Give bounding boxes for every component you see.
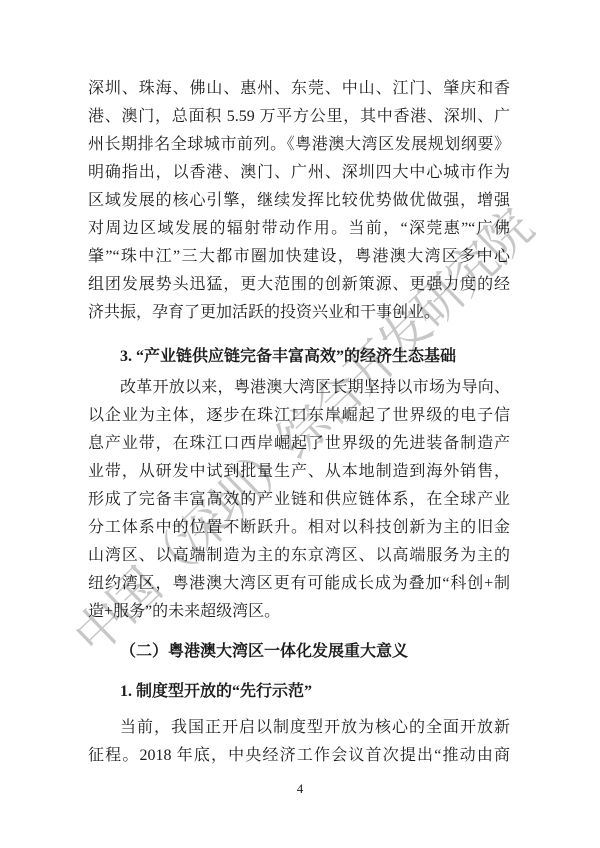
text-line: 州长期排名全球城市前列。《粤港澳大湾区发展规划纲要》	[88, 131, 510, 159]
text-line: 形成了完备丰富高效的产业链和供应链体系，在全球产业	[88, 486, 510, 514]
document-page: 中国（深圳）综合开发研究院 深圳、珠海、佛山、惠州、东莞、中山、江门、肇庆和香港…	[0, 0, 600, 848]
text-line: 改革开放以来，粤港澳大湾区长期坚持以市场为导向、	[88, 374, 510, 402]
text-line: 对周边区域发展的辐射带动作用。当前，“深莞惠”“广佛	[88, 215, 510, 243]
text-line: 当前，我国正开启以制度型开放为核心的全面开放新	[88, 714, 510, 742]
text-line: 山湾区、以高端制造为主的东京湾区、以高端服务为主的	[88, 542, 510, 570]
text-line: 以企业为主体，逐步在珠江口东岸崛起了世界级的电子信	[88, 402, 510, 430]
text-line: 息产业带，在珠江口西岸崛起了世界级的先进装备制造产	[88, 430, 510, 458]
subsection-heading-1: 1. 制度型开放的“先行示范”	[88, 678, 510, 706]
text-line: 济共振，孕育了更加活跃的投资兴业和干事创业。	[88, 299, 510, 327]
text-line: 港、澳门，总面积 5.59 万平方公里，其中香港、深圳、广	[88, 103, 510, 131]
section-heading-2-2: （二）粤港澳大湾区一体化发展重大意义	[88, 638, 510, 666]
text-line: 业带，从研发中试到批量生产、从本地制造到海外销售，	[88, 458, 510, 486]
text-line: 分工体系中的位置不断跃升。相对以科技创新为主的旧金	[88, 514, 510, 542]
text-line: 纽约湾区，粤港澳大湾区更有可能成长成为叠加“科创+制	[88, 570, 510, 598]
body-text: 深圳、珠海、佛山、惠州、东莞、中山、江门、肇庆和香港、澳门，总面积 5.59 万…	[88, 75, 510, 770]
page-number: 4	[0, 781, 600, 797]
text-line: 征程。2018 年底，中央经济工作会议首次提出“推动由商	[88, 742, 510, 770]
text-line: 造+服务”的未来超级湾区。	[88, 598, 510, 626]
paragraph-institutional-opening: 当前，我国正开启以制度型开放为核心的全面开放新征程。2018 年底，中央经济工作…	[88, 714, 510, 770]
text-line: 组团发展势头迅猛，更大范围的创新策源、更强力度的经	[88, 271, 510, 299]
text-line: 区域发展的核心引擎，继续发挥比较优势做优做强，增强	[88, 187, 510, 215]
text-line: 深圳、珠海、佛山、惠州、东莞、中山、江门、肇庆和香	[88, 75, 510, 103]
text-line: 肇”“珠中江”三大都市圈加快建设，粤港澳大湾区多中心	[88, 243, 510, 271]
section-heading-3: 3. “产业链供应链完备丰富高效”的经济生态基础	[88, 343, 510, 371]
text-line: 明确指出，以香港、澳门、广州、深圳四大中心城市作为	[88, 159, 510, 187]
paragraph-industry-chain: 改革开放以来，粤港澳大湾区长期坚持以市场为导向、以企业为主体，逐步在珠江口东岸崛…	[88, 374, 510, 626]
paragraph-continuation: 深圳、珠海、佛山、惠州、东莞、中山、江门、肇庆和香港、澳门，总面积 5.59 万…	[88, 75, 510, 327]
